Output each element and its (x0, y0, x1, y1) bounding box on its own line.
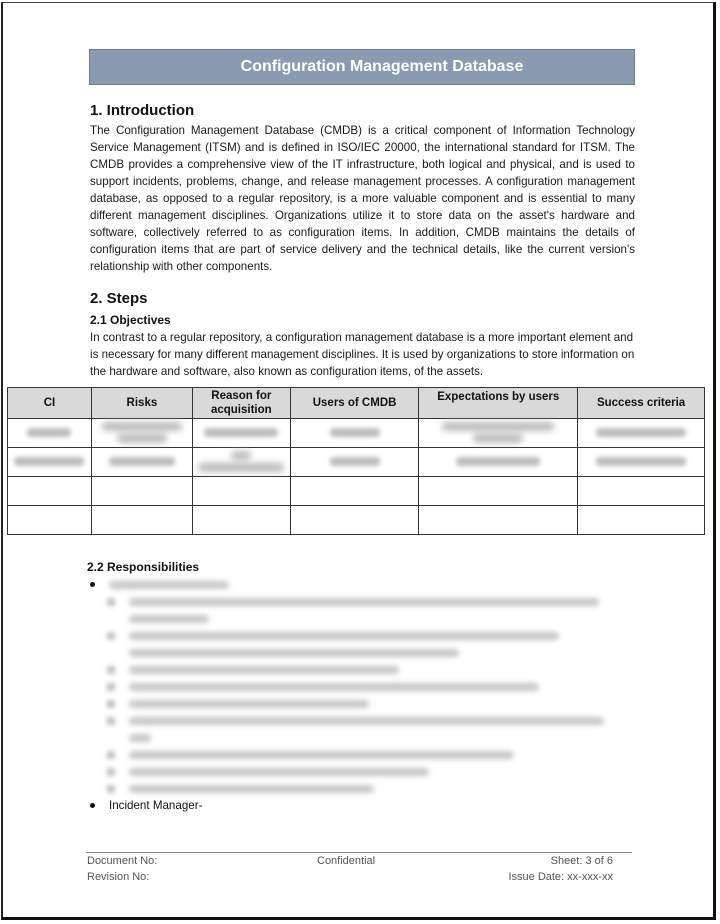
table-cell (578, 506, 705, 535)
footer-divider (86, 852, 632, 853)
list-marker (107, 768, 115, 776)
blurred-text (109, 581, 229, 589)
table-cell (8, 477, 92, 506)
blurred-text (129, 785, 374, 793)
column-header-risks: Risks (91, 388, 192, 419)
list-marker (107, 700, 115, 708)
list-marker (107, 717, 115, 725)
blurred-text (129, 700, 369, 708)
list-subitem (87, 661, 632, 678)
list-item: Incident Manager- (87, 797, 632, 814)
table-cell-blurred (91, 448, 192, 477)
bullet-icon (90, 803, 95, 808)
table-cell (8, 506, 92, 535)
list-subitem-continuation (87, 644, 632, 661)
list-subitem (87, 780, 632, 797)
table-cell-blurred (578, 419, 705, 448)
table-header-row: CI Risks Reason for acquisition Users of… (8, 388, 705, 419)
table-cell-blurred (578, 448, 705, 477)
table-cell-blurred (419, 448, 578, 477)
footer-issue-date: Issue Date: xx-xxx-xx (508, 871, 613, 883)
list-subitem (87, 593, 632, 610)
blurred-text (129, 768, 429, 776)
table-cell (578, 477, 705, 506)
table-row (8, 477, 705, 506)
cmdb-table: CI Risks Reason for acquisition Users of… (7, 387, 705, 535)
blurred-text (129, 734, 151, 742)
list-item-label: Incident Manager- (109, 799, 202, 812)
list-subitem (87, 627, 632, 644)
footer-revision-no: Revision No: (87, 871, 149, 883)
table-cell-blurred (8, 419, 92, 448)
column-header-reason: Reason for acquisition (192, 388, 290, 419)
bullet-icon (90, 582, 95, 587)
list-item (87, 576, 632, 593)
list-marker (107, 598, 115, 606)
column-header-ci: CI (8, 388, 92, 419)
list-subitem (87, 695, 632, 712)
table-cell (419, 477, 578, 506)
table-cell (290, 506, 419, 535)
list-subitem (87, 678, 632, 695)
blurred-text (129, 717, 604, 725)
table-cell (192, 506, 290, 535)
list-subitem (87, 763, 632, 780)
document-title: Configuration Management Database (241, 58, 524, 76)
table-row (8, 506, 705, 535)
blurred-text (129, 683, 539, 691)
blurred-text (129, 751, 514, 759)
table-cell (91, 506, 192, 535)
list-marker (107, 683, 115, 691)
subsection-heading-responsibilities: 2.2 Responsibilities (87, 560, 199, 574)
document-title-banner: Configuration Management Database (89, 49, 635, 85)
table-cell (192, 477, 290, 506)
list-marker (107, 785, 115, 793)
introduction-paragraph: The Configuration Management Database (C… (90, 122, 635, 275)
table-cell-blurred (290, 419, 419, 448)
list-subitem (87, 746, 632, 763)
table-cell-blurred (8, 448, 92, 477)
footer-document-no: Document No: (87, 855, 157, 867)
objectives-paragraph: In contrast to a regular repository, a c… (90, 329, 640, 380)
list-marker (107, 666, 115, 674)
table-cell (419, 506, 578, 535)
footer-confidential: Confidential (317, 855, 375, 867)
table-cell-blurred (91, 419, 192, 448)
table-row (8, 419, 705, 448)
footer-row-2: Revision No: Issue Date: xx-xxx-xx (87, 871, 613, 883)
table-cell (91, 477, 192, 506)
table-cell (290, 477, 419, 506)
table-row (8, 448, 705, 477)
column-header-users: Users of CMDB (290, 388, 419, 419)
list-subitem (87, 712, 632, 729)
blurred-text (129, 649, 459, 657)
blurred-text (129, 598, 599, 606)
blurred-text (129, 632, 559, 640)
footer-row-1: Document No: Confidential Sheet: 3 of 6 (87, 855, 613, 867)
list-marker (107, 632, 115, 640)
table-cell-blurred (192, 448, 290, 477)
subsection-heading-objectives: 2.1 Objectives (90, 313, 171, 327)
table-cell-blurred (290, 448, 419, 477)
table-cell-blurred (419, 419, 578, 448)
section-heading-steps: 2. Steps (90, 290, 148, 307)
table-cell-blurred (192, 419, 290, 448)
blurred-text (129, 615, 209, 623)
column-header-success: Success criteria (578, 388, 705, 419)
responsibilities-list: Incident Manager- (87, 576, 632, 814)
list-subitem-continuation (87, 610, 632, 627)
footer-sheet: Sheet: 3 of 6 (551, 855, 613, 867)
blurred-text (129, 666, 399, 674)
list-subitem-continuation (87, 729, 632, 746)
column-header-expectations: Expectations by users (419, 388, 578, 419)
list-marker (107, 751, 115, 759)
section-heading-introduction: 1. Introduction (90, 102, 194, 119)
